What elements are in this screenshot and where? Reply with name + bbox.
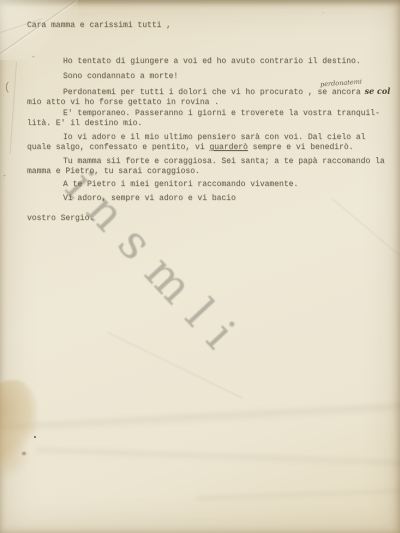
letter-body: Cara mamma e carissimi tutti , Ho tentat… (27, 21, 393, 224)
paragraph: Vi adoro, sempre vi adoro e vi bacio (27, 194, 393, 204)
underlined-word: guarderò (209, 143, 247, 152)
typed-text: quale salgo, confessato e pentito, vi (27, 143, 209, 152)
handwritten-inline-addition: se col (361, 86, 391, 96)
paragraph: A te Pietro i miei genitori raccomando v… (27, 180, 393, 190)
letter-line: Io vi adoro e il mio ultimo pensiero sar… (27, 133, 393, 143)
letter-line: E' temporaneo. Passeranno i giorni e tro… (27, 109, 393, 119)
letter-line: vostro Sergio. (27, 214, 393, 224)
margin-mark: · (321, 10, 325, 18)
paper-crease (108, 332, 243, 399)
paper-crease (36, 448, 400, 473)
letter-line: A te Pietro i miei genitori raccomando v… (27, 180, 393, 190)
letter-line: Vi adoro, sempre vi adoro e vi bacio (27, 194, 393, 204)
paragraph: E' temporaneo. Passeranno i giorni e tro… (27, 109, 393, 129)
letter-line: Tu mamma sii forte e coraggiosa. Sei san… (27, 157, 393, 167)
paragraph: Ho tentato di giungere a voi ed ho avuto… (27, 57, 393, 67)
letter-line: lità. E' il destino mio. (27, 119, 393, 129)
letter-line: mamma e Pietro, tu sarai coraggioso. (27, 167, 393, 177)
paper-crease (10, 62, 17, 154)
margin-mark: ( (4, 84, 11, 92)
letter-line: quale salgo, confessato e pentito, vi gu… (27, 143, 393, 153)
typed-text: sempre e vi benedirò. (248, 143, 354, 152)
signature: vostro Sergio. (27, 214, 393, 224)
typed-text: Perdonatemi per tutti i dolori che vi ho… (63, 88, 361, 97)
paragraph: Io vi adoro e il mio ultimo pensiero sar… (27, 133, 393, 153)
paper-crease (0, 403, 400, 439)
margin-mark: - (2, 173, 7, 181)
paper-crease (196, 488, 400, 506)
paragraph: Tu mamma sii forte e coraggiosa. Sei san… (27, 157, 393, 177)
scanned-letter-page: insmli - ( - · Cara mamma e carissimi tu… (0, 0, 400, 533)
paragraph: perdonatemi Perdonatemi per tutti i dolo… (27, 86, 393, 108)
paper-speck (34, 436, 36, 438)
letter-line: Cara mamma e carissimi tutti , (27, 21, 393, 31)
salutation: Cara mamma e carissimi tutti , (27, 21, 393, 31)
paper-speck (21, 451, 27, 456)
letter-line: Ho tentato di giungere a voi ed ho avuto… (27, 57, 393, 67)
letter-line: mio atto vi ho forse gettato in rovina . (27, 98, 393, 108)
